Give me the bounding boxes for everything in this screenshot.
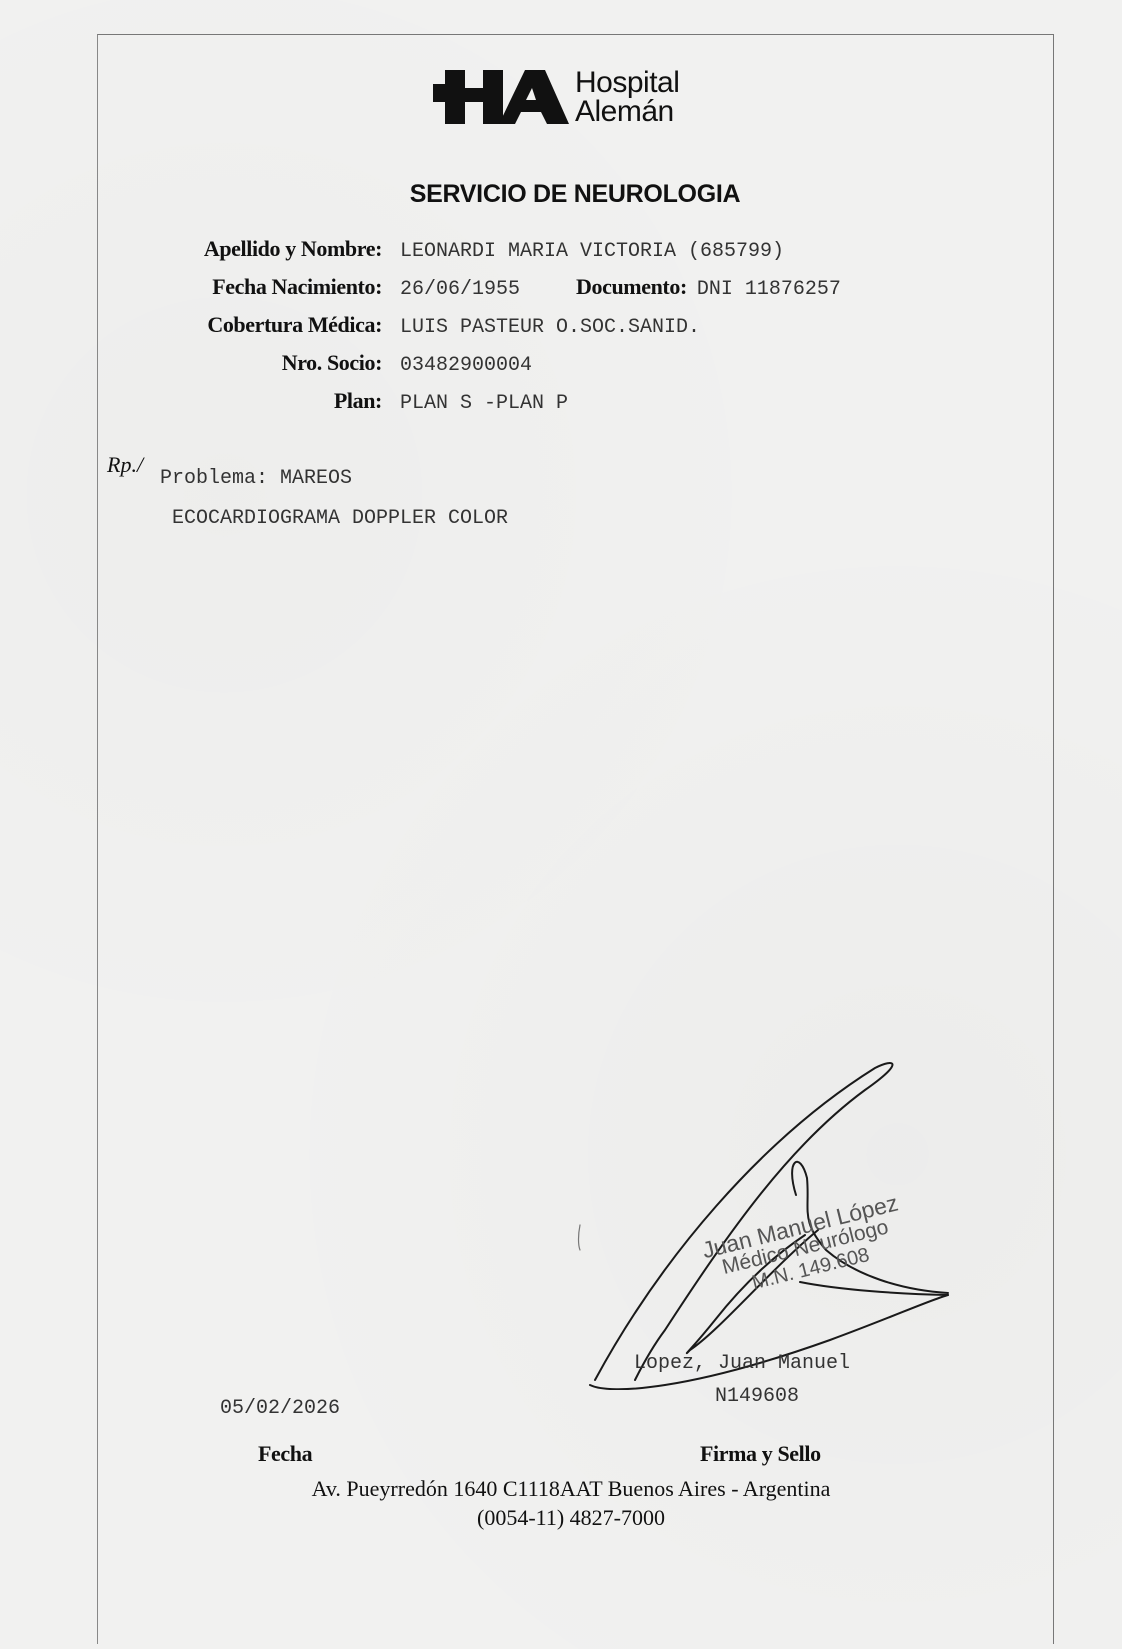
hospital-name: Hospital Alemán	[575, 68, 679, 126]
doctor-name: Lopez, Juan Manuel	[634, 1352, 850, 1375]
plan-value: PLAN S -PLAN P	[400, 392, 568, 415]
ha-cross-logo-icon	[433, 66, 569, 128]
coverage-value: LUIS PASTEUR O.SOC.SANID.	[400, 316, 700, 339]
birth-date-value: 26/06/1955	[400, 278, 520, 301]
coverage-label: Cobertura Médica:	[160, 312, 382, 338]
hospital-name-line2: Alemán	[575, 97, 679, 126]
hospital-logo: Hospital Alemán	[433, 66, 679, 128]
coverage-row: Cobertura Médica: LUIS PASTEUR O.SOC.SAN…	[160, 312, 700, 342]
member-number-value: 03482900004	[400, 354, 532, 377]
address-line: Av. Pueyrredón 1640 C1118AAT Buenos Aire…	[0, 1476, 1122, 1502]
document-label: Documento:	[576, 274, 687, 300]
date-label: Fecha	[258, 1441, 312, 1467]
problem-text: Problema: MAREOS	[160, 467, 352, 490]
document-row: Documento: DNI 11876257	[576, 274, 841, 304]
plan-row: Plan: PLAN S -PLAN P	[160, 388, 568, 418]
birth-date-row: Fecha Nacimiento: 26/06/1955	[160, 274, 520, 304]
member-number-row: Nro. Socio: 03482900004	[160, 350, 532, 380]
phone-line: (0054-11) 4827-7000	[0, 1505, 1122, 1531]
date-value: 05/02/2026	[220, 1397, 340, 1420]
hospital-name-line1: Hospital	[575, 68, 679, 97]
signature-label: Firma y Sello	[700, 1441, 821, 1467]
member-number-label: Nro. Socio:	[160, 350, 382, 376]
plan-label: Plan:	[160, 388, 382, 414]
document-value: DNI 11876257	[697, 278, 841, 301]
patient-name-row: Apellido y Nombre: LEONARDI MARIA VICTOR…	[160, 236, 784, 266]
service-title: SERVICIO DE NEUROLOGIA	[0, 180, 1122, 209]
birth-date-label: Fecha Nacimiento:	[160, 274, 382, 300]
doctor-license: N149608	[715, 1385, 799, 1408]
rp-label: Rp./	[107, 452, 143, 478]
patient-name-label: Apellido y Nombre:	[160, 236, 382, 262]
order-text: ECOCARDIOGRAMA DOPPLER COLOR	[172, 507, 508, 530]
patient-name-value: LEONARDI MARIA VICTORIA (685799)	[400, 240, 784, 263]
